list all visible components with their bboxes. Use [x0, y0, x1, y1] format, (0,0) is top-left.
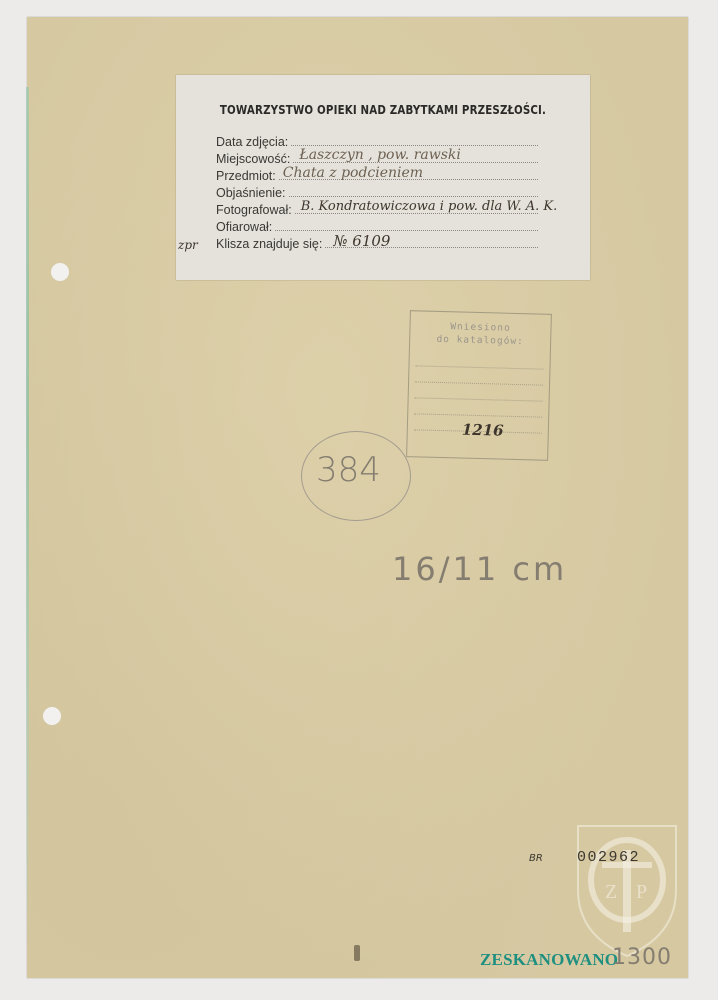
field-value-line: B. Kondratowiczowa i pow. dla W. A. K.	[295, 201, 538, 214]
document-sheet: TOWARZYSTWO OPIEKI NAD ZABYTKAMI PRZESZŁ…	[27, 17, 688, 978]
inventory-prefix: BR	[529, 853, 543, 864]
bottom-pencil-number: 1300	[612, 945, 672, 970]
handwritten-value: № 6109	[333, 232, 390, 250]
field-value-line	[291, 133, 538, 146]
record-card: TOWARZYSTWO OPIEKI NAD ZABYTKAMI PRZESZŁ…	[176, 75, 590, 280]
catalogue-number: 1216	[462, 421, 504, 440]
circled-number: 384	[301, 431, 411, 521]
field-value-line	[275, 218, 538, 231]
dimensions-note: 16/11 cm	[392, 550, 567, 588]
punch-hole-bottom	[43, 707, 61, 725]
field-miejscowosc: Miejscowość: Łaszczyn , pow. rawski	[216, 149, 538, 166]
ink-smudge	[354, 945, 360, 961]
tonzp-watermark-icon: Z P	[572, 820, 682, 960]
field-label: Fotografował:	[216, 203, 292, 217]
field-value-line: № 6109	[325, 235, 538, 248]
field-label: Przedmiot:	[216, 169, 276, 183]
field-label: Ofiarował:	[216, 220, 272, 234]
inventory-number: 002962	[577, 849, 640, 866]
svg-text:Z: Z	[605, 881, 617, 903]
handwritten-value: Chata z podcieniem	[283, 165, 423, 181]
field-value-line: Łaszczyn , pow. rawski	[293, 150, 538, 163]
field-przedmiot: Przedmiot: Chata z podcieniem	[216, 166, 538, 183]
field-label: Objaśnienie:	[216, 186, 286, 200]
margin-note: zpr	[178, 238, 198, 252]
catalogue-stamp: Wniesiono do katalogów: 1216	[406, 310, 552, 461]
field-label: Data zdjęcia:	[216, 135, 288, 149]
handwritten-value: Łaszczyn , pow. rawski	[299, 147, 461, 163]
field-value-line	[289, 184, 539, 197]
field-objasnienie: Objaśnienie:	[216, 183, 538, 200]
field-label: Miejscowość:	[216, 152, 290, 166]
handwritten-value: B. Kondratowiczowa i pow. dla W. A. K.	[301, 199, 557, 214]
card-title: TOWARZYSTWO OPIEKI NAD ZABYTKAMI PRZESZŁ…	[213, 102, 552, 117]
stamp-title: Wniesiono do katalogów:	[410, 319, 551, 349]
svg-text:P: P	[636, 881, 647, 903]
field-label: Klisza znajduje się:	[216, 237, 322, 251]
scanned-stamp: ZESKANOWANO	[480, 950, 618, 970]
punch-hole-top	[51, 263, 69, 281]
field-value-line: Chata z podcieniem	[279, 167, 538, 180]
field-fotografowal: Fotografował: B. Kondratowiczowa i pow. …	[216, 200, 610, 217]
field-klisza: Klisza znajduje się: № 6109	[216, 234, 538, 251]
